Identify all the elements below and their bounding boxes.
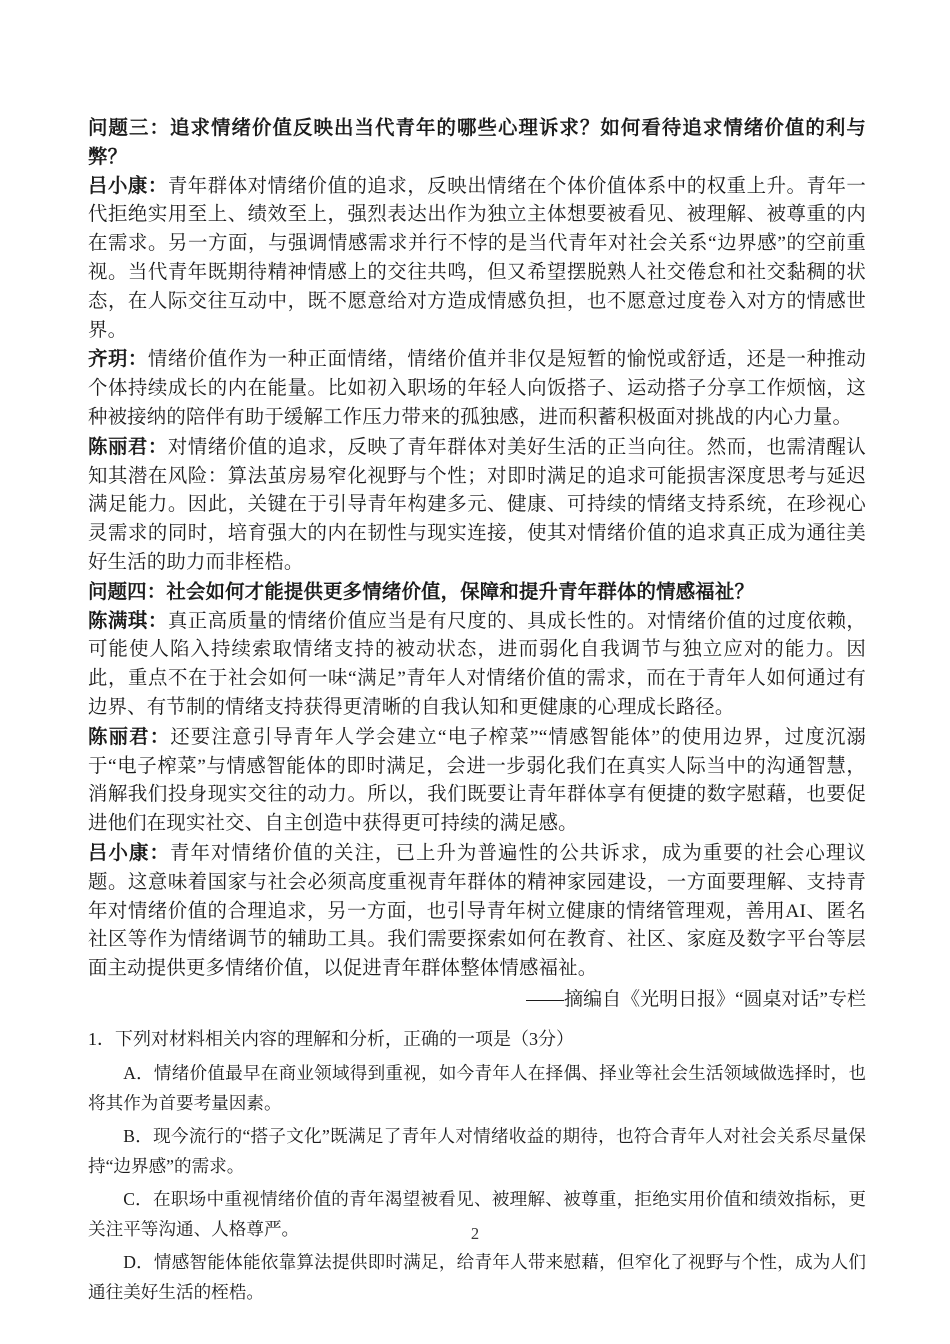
question-four-heading: 问题四：社会如何才能提供更多情绪价值，保障和提升青年群体的情感福祉？	[88, 578, 866, 607]
option-text: 情绪价值最早在商业领域得到重视，如今青年人在择偶、择业等社会生活领域做选择时，也…	[88, 1063, 866, 1114]
speaker-name: 陈丽君：	[88, 436, 168, 458]
dialogue-text: 对情绪价值的追求，反映了青年群体对美好生活的正当向往。然而，也需清醒认知其潜在风…	[88, 437, 866, 573]
dialogue-qi-yue: 齐玥：情绪价值作为一种正面情绪，情绪价值并非仅是短暂的愉悦或舒适，还是一种推动个…	[88, 345, 866, 432]
dialogue-text: 青年群体对情绪价值的追求，反映出情绪在个体价值体系中的权重上升。青年一代拒绝实用…	[88, 176, 866, 341]
speaker-name: 陈丽君：	[88, 726, 170, 748]
reading-passage: 问题三：追求情绪价值反映出当代青年的哪些心理诉求？如何看待追求情绪价值的利与弊？…	[88, 114, 866, 1014]
question-section: 1．下列对材料相关内容的理解和分析，正确的一项是（3分） A．情绪价值最早在商业…	[88, 1023, 866, 1308]
dialogue-lv-xiaokang-1: 吕小康：青年群体对情绪价值的追求，反映出情绪在个体价值体系中的权重上升。青年一代…	[88, 172, 866, 346]
speaker-name: 齐玥：	[88, 348, 148, 370]
question-1-stem: 1．下列对材料相关内容的理解和分析，正确的一项是（3分）	[88, 1023, 866, 1056]
question-1-option-d: D．情感智能体能依靠算法提供即时满足，给青年人带来慰藉，但窄化了视野与个性，成为…	[88, 1247, 866, 1308]
dialogue-text: 青年对情绪价值的关注，已上升为普遍性的公共诉求，成为重要的社会心理议题。这意味着…	[88, 843, 866, 979]
question-1-option-b: B．现今流行的“搭子文化”既满足了青年人对情绪收益的期待，也符合青年人对社会关系…	[88, 1121, 866, 1182]
page-number: 2	[0, 1224, 950, 1244]
question-1-option-a: A．情绪价值最早在商业领域得到重视，如今青年人在择偶、择业等社会生活领域做选择时…	[88, 1058, 866, 1119]
option-label: B．	[123, 1126, 153, 1146]
dialogue-text: 还要注意引导青年人学会建立“电子榨菜”“情感智能体”的使用边界，过度沉溺于“电子…	[88, 727, 866, 834]
dialogue-chen-manqi: 陈满琪：真正高质量的情绪价值应当是有尺度的、具成长性的。对情绪价值的过度依赖，可…	[88, 607, 866, 723]
source-attribution: ——摘编自《光明日报》“圆桌对话”专栏	[88, 985, 866, 1014]
option-text: 情感智能体能依靠算法提供即时满足，给青年人带来慰藉，但窄化了视野与个性，成为人们…	[88, 1252, 866, 1303]
speaker-name: 陈满琪：	[88, 610, 168, 632]
dialogue-text: 情绪价值作为一种正面情绪，情绪价值并非仅是短暂的愉悦或舒适，还是一种推动个体持续…	[88, 349, 866, 428]
dialogue-chen-lijun-2: 陈丽君：还要注意引导青年人学会建立“电子榨菜”“情感智能体”的使用边界，过度沉溺…	[88, 723, 866, 839]
page-content: 问题三：追求情绪价值反映出当代青年的哪些心理诉求？如何看待追求情绪价值的利与弊？…	[88, 114, 866, 1308]
dialogue-text: 真正高质量的情绪价值应当是有尺度的、具成长性的。对情绪价值的过度依赖，可能使人陷…	[88, 611, 866, 718]
option-label: D．	[123, 1252, 154, 1272]
speaker-name: 吕小康：	[88, 175, 168, 197]
option-text: 现今流行的“搭子文化”既满足了青年人对情绪收益的期待，也符合青年人对社会关系尽量…	[88, 1126, 866, 1177]
speaker-name: 吕小康：	[88, 842, 170, 864]
exam-paper-page: 问题三：追求情绪价值反映出当代青年的哪些心理诉求？如何看待追求情绪价值的利与弊？…	[0, 0, 950, 1344]
dialogue-chen-lijun-1: 陈丽君：对情绪价值的追求，反映了青年群体对美好生活的正当向往。然而，也需清醒认知…	[88, 433, 866, 578]
option-label: C．	[123, 1189, 153, 1209]
dialogue-lv-xiaokang-2: 吕小康：青年对情绪价值的关注，已上升为普遍性的公共诉求，成为重要的社会心理议题。…	[88, 839, 866, 984]
question-three-heading: 问题三：追求情绪价值反映出当代青年的哪些心理诉求？如何看待追求情绪价值的利与弊？	[88, 114, 866, 172]
option-label: A．	[123, 1063, 154, 1083]
